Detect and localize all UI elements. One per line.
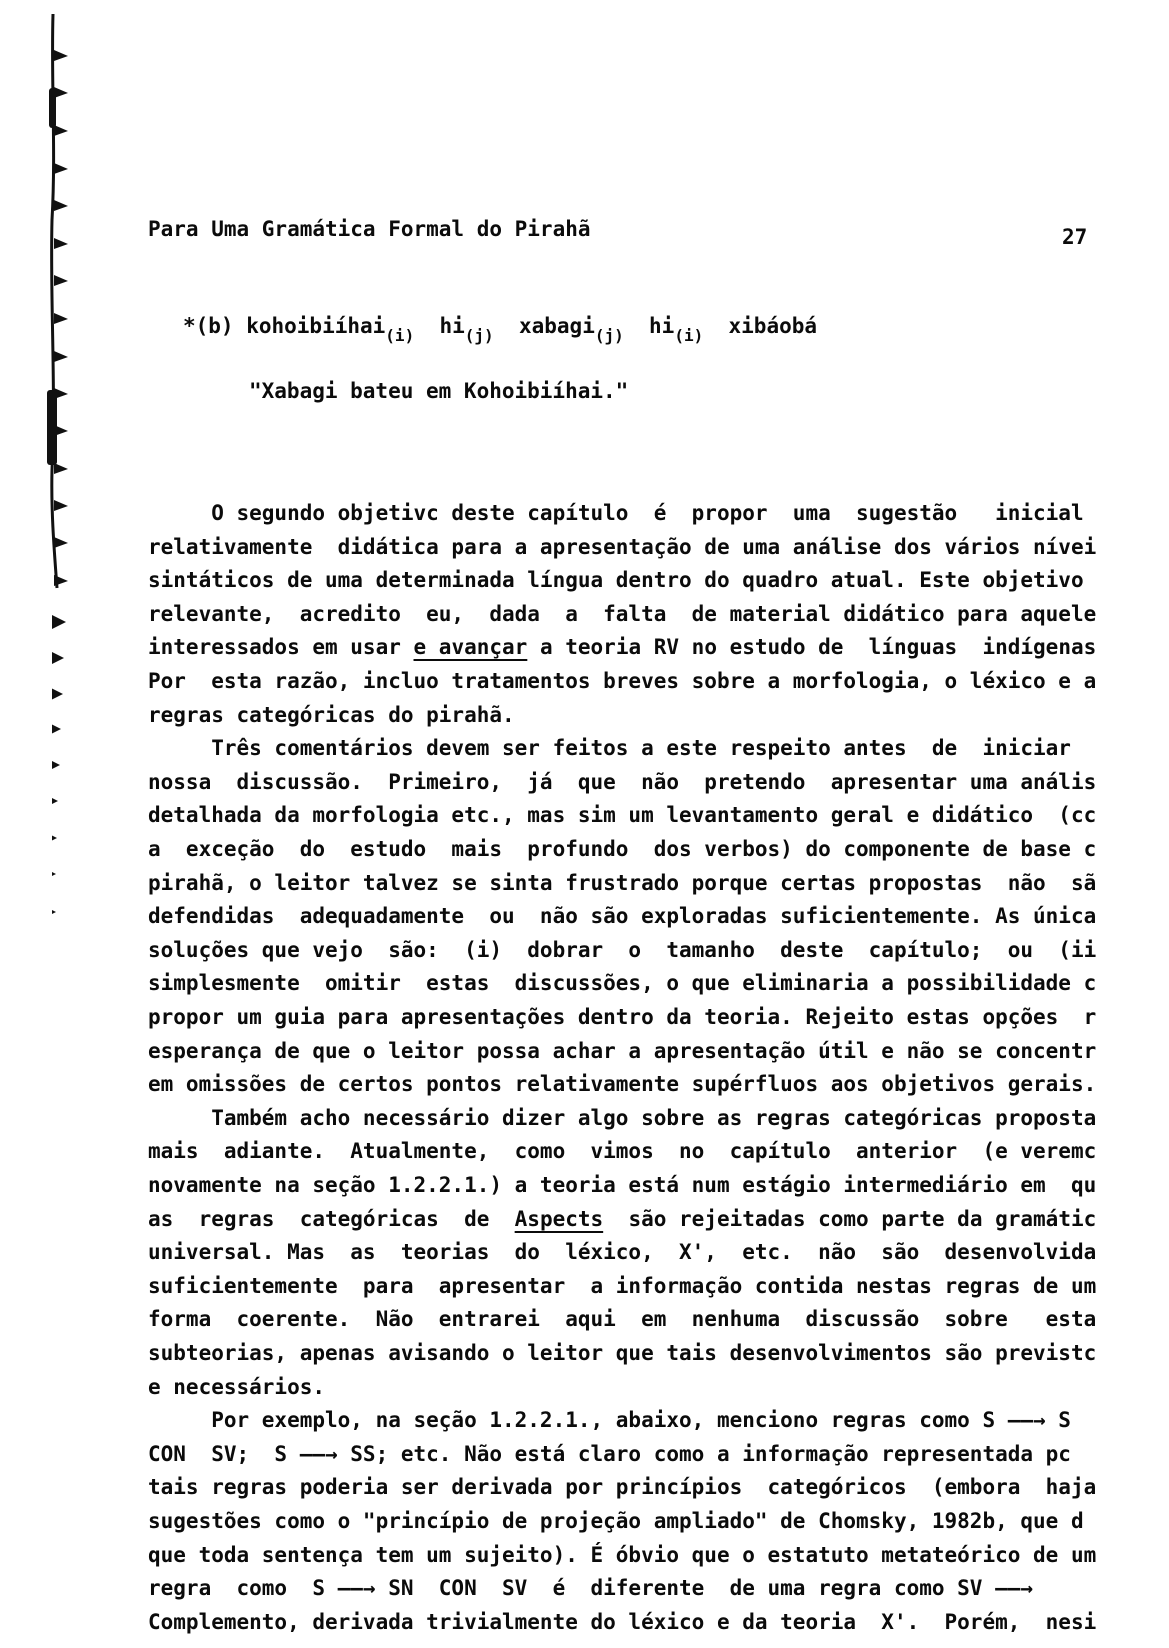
text-line: CON SV; S ——→ SS; etc. Não está claro co… bbox=[148, 1441, 1071, 1467]
text-line: soluções que vejo são: (i) dobrar o tama… bbox=[148, 937, 1096, 963]
text-segment: são rejeitadas como parte da gramátic bbox=[603, 1207, 1096, 1231]
text-segment: suficientemente para apresentar a inform… bbox=[148, 1274, 1096, 1298]
text-segment: relevante, acredito eu, dada a falta de … bbox=[148, 602, 1096, 626]
text-segment: esperança de que o leitor possa achar a … bbox=[148, 1039, 1096, 1063]
text-line: sugestões como o "princípio de projeção … bbox=[148, 1508, 1084, 1534]
text-segment: tais regras poderia ser derivada por pri… bbox=[148, 1475, 1096, 1499]
text-segment: Por esta razão, incluo tratamentos breve… bbox=[148, 669, 1096, 693]
text-line: forma coerente. Não entrarei aqui em nen… bbox=[148, 1306, 1096, 1332]
text-line: Por exemplo, na seção 1.2.2.1., abaixo, … bbox=[148, 1407, 1071, 1433]
text-line: tais regras poderia ser derivada por pri… bbox=[148, 1474, 1096, 1500]
text-line: interessados em usar e avançar a teoria … bbox=[148, 634, 1096, 660]
text-line: relevante, acredito eu, dada a falta de … bbox=[148, 601, 1096, 627]
text-segment: mais adiante. Atualmente, como vimos no … bbox=[148, 1139, 1096, 1163]
text-segment: as regras categóricas de bbox=[148, 1207, 515, 1231]
scanned-page: Para Uma Gramática Formal do Pirahã 27 *… bbox=[0, 0, 1169, 1648]
text-segment: O segundo objetivc deste capítulo é prop… bbox=[148, 501, 1084, 525]
text-segment: em omissões de certos pontos relativamen… bbox=[148, 1072, 1096, 1096]
text-line: pirahã, o leitor talvez se sinta frustra… bbox=[148, 870, 1096, 896]
page-number: 27 bbox=[1062, 225, 1087, 249]
text-segment: sugestões como o "princípio de projeção … bbox=[148, 1509, 1084, 1533]
text-segment: Três comentários devem ser feitos a este… bbox=[148, 736, 1071, 760]
example-marker: *(b) bbox=[183, 314, 246, 338]
text-line: Por esta razão, incluo tratamentos breve… bbox=[148, 668, 1096, 694]
text-segment: regra como S ——→ SN CON SV é diferente d… bbox=[148, 1576, 1033, 1600]
text-segment: subteorias, apenas avisando o leitor que… bbox=[148, 1341, 1096, 1365]
text-line: que toda sentença tem um sujeito). É óbv… bbox=[148, 1542, 1096, 1568]
text-line: sintáticos de uma determinada língua den… bbox=[148, 567, 1084, 593]
text-segment: Também acho necessário dizer algo sobre … bbox=[148, 1106, 1096, 1130]
binding-marks bbox=[0, 0, 90, 960]
text-line: subteorias, apenas avisando o leitor que… bbox=[148, 1340, 1096, 1366]
text-line: esperança de que o leitor possa achar a … bbox=[148, 1038, 1096, 1064]
example-line: *(b) kohoibiíhai(i) hi(j) xabagi(j) hi(i… bbox=[183, 314, 817, 338]
text-line: Também acho necessário dizer algo sobre … bbox=[148, 1105, 1096, 1131]
text-line: O segundo objetivc deste capítulo é prop… bbox=[148, 500, 1084, 526]
text-line: Três comentários devem ser feitos a este… bbox=[148, 735, 1071, 761]
example-word: hi bbox=[624, 314, 675, 338]
text-line: defendidas adequadamente ou não são expl… bbox=[148, 903, 1096, 929]
text-line: propor um guia para apresentações dentro… bbox=[148, 1004, 1096, 1030]
example-index-subscript: (j) bbox=[465, 326, 494, 345]
text-segment: relativamente didática para a apresentaç… bbox=[148, 535, 1096, 559]
text-segment: pirahã, o leitor talvez se sinta frustra… bbox=[148, 871, 1096, 895]
text-segment: simplesmente omitir estas discussões, o … bbox=[148, 971, 1096, 995]
text-segment: propor um guia para apresentações dentro… bbox=[148, 1005, 1096, 1029]
text-segment: Complemento, derivada trivialmente do lé… bbox=[148, 1610, 1096, 1634]
example-word: xibáobá bbox=[703, 314, 817, 338]
text-segment: defendidas adequadamente ou não são expl… bbox=[148, 904, 1096, 928]
text-segment: regras categóricas do pirahã. bbox=[148, 703, 515, 727]
underlined-text: Aspects bbox=[515, 1207, 604, 1231]
text-line: universal. Mas as teorias do léxico, X',… bbox=[148, 1239, 1096, 1265]
text-segment: CON SV; S ——→ SS; etc. Não está claro co… bbox=[148, 1442, 1071, 1466]
text-line: regra como S ——→ SN CON SV é diferente d… bbox=[148, 1575, 1033, 1601]
text-line: nossa discussão. Primeiro, já que não pr… bbox=[148, 769, 1096, 795]
text-line: Complemento, derivada trivialmente do lé… bbox=[148, 1609, 1096, 1635]
text-line: a exceção do estudo mais profundo dos ve… bbox=[148, 836, 1096, 862]
example-word: hi bbox=[414, 314, 465, 338]
example-index-subscript: (i) bbox=[385, 326, 414, 345]
example-index-subscript: (i) bbox=[674, 326, 703, 345]
text-segment: sintáticos de uma determinada língua den… bbox=[148, 568, 1084, 592]
running-head: Para Uma Gramática Formal do Pirahã bbox=[148, 217, 591, 241]
text-line: mais adiante. Atualmente, como vimos no … bbox=[148, 1138, 1096, 1164]
example-word: xabagi bbox=[494, 314, 595, 338]
text-line: regras categóricas do pirahã. bbox=[148, 702, 515, 728]
text-line: as regras categóricas de Aspects são rej… bbox=[148, 1206, 1096, 1232]
text-line: novamente na seção 1.2.2.1.) a teoria es… bbox=[148, 1172, 1096, 1198]
text-line: simplesmente omitir estas discussões, o … bbox=[148, 970, 1096, 996]
example-index-subscript: (j) bbox=[595, 326, 624, 345]
text-segment: interessados em usar bbox=[148, 635, 414, 659]
example-translation: "Xabagi bateu em Kohoibiíhai." bbox=[249, 379, 628, 403]
text-segment: a exceção do estudo mais profundo dos ve… bbox=[148, 837, 1096, 861]
text-segment: forma coerente. Não entrarei aqui em nen… bbox=[148, 1307, 1096, 1331]
text-line: relativamente didática para a apresentaç… bbox=[148, 534, 1096, 560]
text-segment: Por exemplo, na seção 1.2.2.1., abaixo, … bbox=[148, 1408, 1071, 1432]
text-line: em omissões de certos pontos relativamen… bbox=[148, 1071, 1096, 1097]
example-word: kohoibiíhai bbox=[246, 314, 385, 338]
text-segment: novamente na seção 1.2.2.1.) a teoria es… bbox=[148, 1173, 1096, 1197]
text-line: detalhada da morfologia etc., mas sim um… bbox=[148, 802, 1096, 828]
text-segment: a teoria RV no estudo de línguas indígen… bbox=[527, 635, 1096, 659]
text-line: suficientemente para apresentar a inform… bbox=[148, 1273, 1096, 1299]
text-segment: soluções que vejo são: (i) dobrar o tama… bbox=[148, 938, 1096, 962]
text-segment: que toda sentença tem um sujeito). É óbv… bbox=[148, 1543, 1096, 1567]
underlined-text: e avançar bbox=[414, 635, 528, 659]
text-segment: detalhada da morfologia etc., mas sim um… bbox=[148, 803, 1096, 827]
text-segment: e necessários. bbox=[148, 1375, 325, 1399]
text-segment: universal. Mas as teorias do léxico, X',… bbox=[148, 1240, 1096, 1264]
text-line: e necessários. bbox=[148, 1374, 325, 1400]
text-segment: nossa discussão. Primeiro, já que não pr… bbox=[148, 770, 1096, 794]
